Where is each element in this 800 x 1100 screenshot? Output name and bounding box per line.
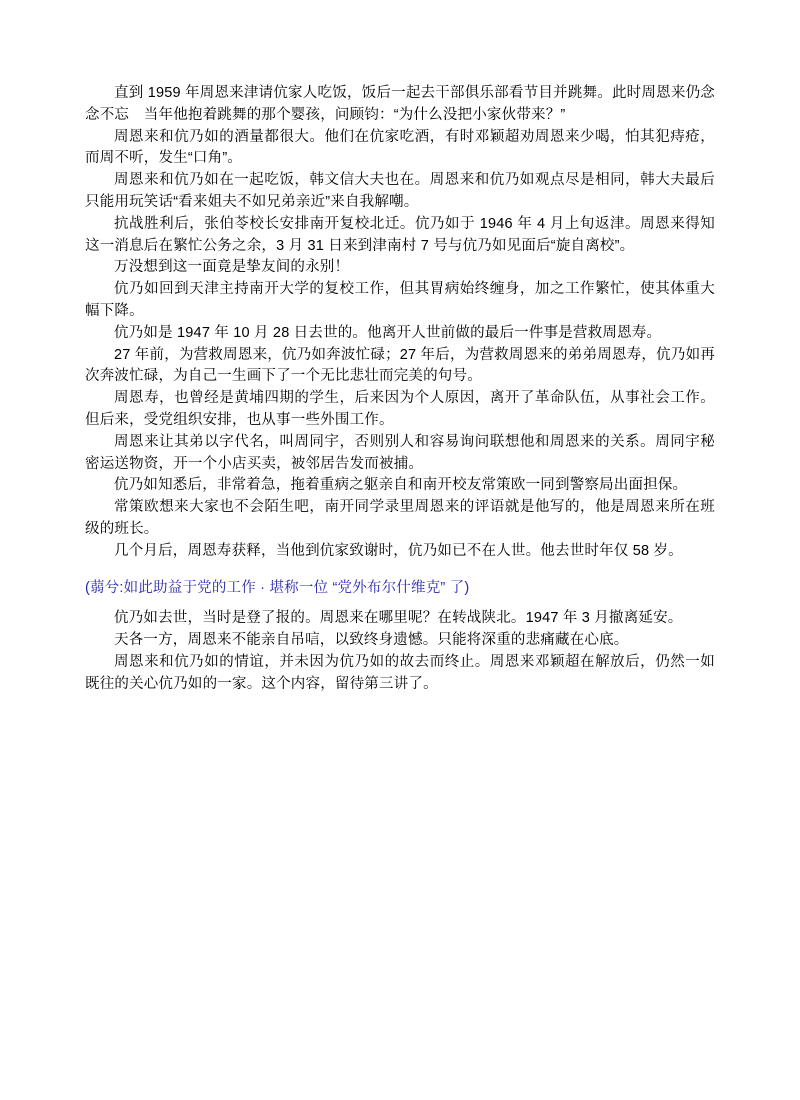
paragraph: 周恩来和伉乃如的情谊，并未因为伉乃如的故去而终止。周恩来邓颖超在解放后，仍然一如… bbox=[85, 652, 715, 696]
paragraph: 万没想到这一面竟是挚友间的永别！ bbox=[85, 257, 715, 279]
paragraph: 27 年前，为营救周恩来，伉乃如奔波忙碌；27 年后，为营救周恩来的弟弟周恩寿，… bbox=[85, 345, 715, 389]
paragraph: 天各一方，周恩来不能亲自吊唁，以致终身遗憾。只能将深重的悲痛藏在心底。 bbox=[85, 630, 715, 652]
paragraph: 常策欧想来大家也不会陌生吧，南开同学录里周恩来的评语就是他写的，他是周恩来所在班… bbox=[85, 497, 715, 541]
paragraph: 几个月后，周恩寿获释，当他到伉家致谢时，伉乃如已不在人世。他去世时年仅 58 岁… bbox=[85, 541, 715, 563]
paragraph: 直到 1959 年周恩来津请伉家人吃饭，饭后一起去干部俱乐部看节目并跳舞。此时周… bbox=[85, 83, 715, 127]
document-text-block: 直到 1959 年周恩来津请伉家人吃饭，饭后一起去干部俱乐部看节目并跳舞。此时周… bbox=[85, 83, 715, 696]
paragraph: 伉乃如知悉后，非常着急，拖着重病之躯亲自和南开校友常策欧一同到警察局出面担保。 bbox=[85, 475, 715, 497]
paragraph: 周恩来让其弟以字代名，叫周同宇，否则别人和容易询问联想他和周恩来的关系。周同宇秘… bbox=[85, 432, 715, 476]
paragraph: 周恩寿，也曾经是黄埔四期的学生，后来因为个人原因，离开了革命队伍，从事社会工作。… bbox=[85, 388, 715, 432]
document-page: 直到 1959 年周恩来津请伉家人吃饭，饭后一起去干部俱乐部看节目并跳舞。此时周… bbox=[0, 0, 800, 1100]
paragraph: 周恩来和伉乃如的酒量都很大。他们在伉家吃酒，有时邓颖超劝周恩来少喝，怕其犯痔疮，… bbox=[85, 127, 715, 171]
paragraph: 抗战胜利后，张伯苓校长安排南开复校北迁。伉乃如于 1946 年 4 月上旬返津。… bbox=[85, 214, 715, 258]
annotation-note: (蒻兮:如此助益于党的工作 · 堪称一位 “党外布尔什维克” 了) bbox=[85, 578, 715, 600]
paragraph: 伉乃如去世，当时是登了报的。周恩来在哪里呢？在转战陕北。1947 年 3 月撤离… bbox=[85, 608, 715, 630]
paragraph: 伉乃如回到天津主持南开大学的复校工作，但其胃病始终缠身，加之工作繁忙，使其体重大… bbox=[85, 279, 715, 323]
paragraph: 伉乃如是 1947 年 10 月 28 日去世的。他离开人世前做的最后一件事是营… bbox=[85, 323, 715, 345]
paragraph: 周恩来和伉乃如在一起吃饭，韩文信大夫也在。周恩来和伉乃如观点尽是相同，韩大夫最后… bbox=[85, 170, 715, 214]
